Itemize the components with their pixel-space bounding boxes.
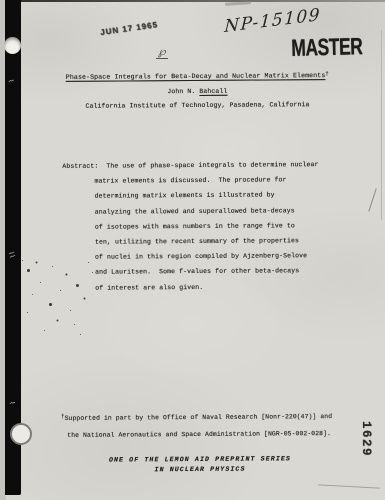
author-line: John N. Bahcall (11, 87, 384, 97)
paper-title-text: Phase-Space Integrals for Beta-Decay and… (66, 72, 326, 81)
paper-title: Phase-Space Integrals for Beta-Decay and… (11, 72, 384, 82)
author-surname: Bahcall (199, 88, 227, 95)
footnote-text: Supported in part by the Office of Naval… (65, 413, 333, 422)
abstract-line: Abstract: The use of phase-space integra… (62, 161, 318, 170)
preprint-series-line: ONE OF THE LEMON AID PREPRINT SERIES (13, 455, 385, 465)
support-footnote-line: †Supported in part by the Office of Nava… (61, 413, 332, 422)
abstract-line: determining matrix elements is illustrat… (95, 191, 275, 199)
abstract-line: matrix elements is discussed. The proced… (94, 176, 286, 184)
abstract-line: of interest are also given. (95, 284, 203, 292)
abstract-line: of nuclei in this region compiled by Ajz… (95, 252, 307, 260)
abstract-line: of isotopes with mass numbers in the ran… (95, 222, 295, 230)
affiliation-line: California Institute of Technology, Pasa… (11, 101, 384, 111)
abstract-line: analyzing the allowed and superallowed b… (95, 207, 295, 215)
preprint-series-line: IN NUCLEAR PHYSICS (14, 465, 385, 475)
abstract-line: ten, utilizing the recent summary of the… (95, 237, 299, 245)
abstract-line: and Lauritsen. Some f-values for other b… (95, 267, 299, 275)
title-dagger-mark: † (325, 70, 328, 77)
author-first-names: John N. (167, 88, 199, 95)
typewritten-content: Phase-Space Integrals for Beta-Decay and… (0, 0, 385, 500)
support-footnote-line: the National Aeronautics and Space Admin… (67, 430, 331, 439)
footnote-dagger-mark: † (61, 412, 64, 419)
scanned-page: ⌇ ⌇⌇ ⌇ JUN 17 1965 NP-15109 MASTER ℘ 162… (0, 0, 385, 500)
